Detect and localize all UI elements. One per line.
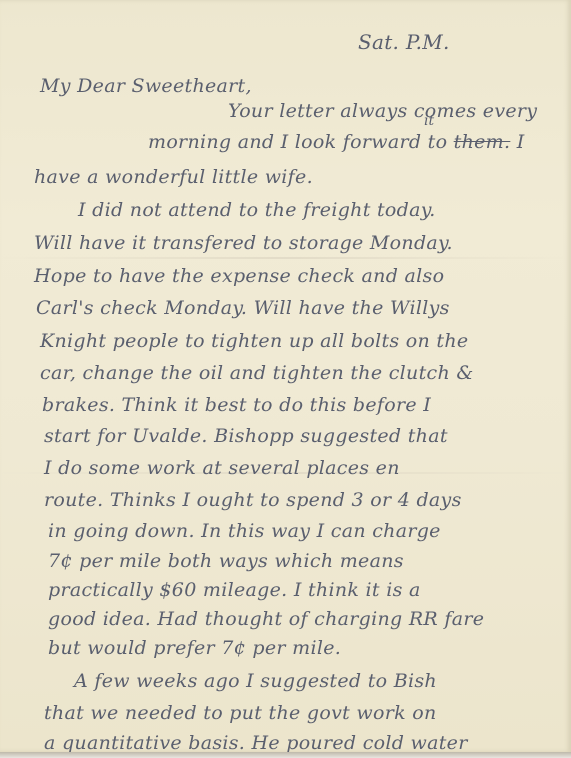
letter-line: Hope to have the expense check and also [34, 265, 444, 287]
inserted-word: it [424, 113, 434, 129]
letter-line: Will have it transfered to storage Monda… [34, 232, 453, 254]
salutation: My Dear Sweetheart, [40, 75, 252, 97]
letter-line: 7¢ per mile both ways which means [48, 550, 404, 572]
letter-page: Sat. P.M. My Dear Sweetheart, Your lette… [0, 0, 571, 752]
struck-word: them. [454, 131, 511, 153]
paper-bottom-edge [0, 752, 571, 758]
letter-line: brakes. Think it best to do this before … [42, 394, 431, 416]
letter-line: practically $60 mileage. I think it is a [48, 579, 421, 601]
letter-line: I do some work at several places en [44, 457, 400, 479]
letter-line: good idea. Had thought of charging RR fa… [48, 608, 484, 630]
paper-fold-crease [0, 257, 571, 259]
letter-line: A few weeks ago I suggested to Bish [74, 670, 437, 692]
letter-line: Carl's check Monday. Will have the Willy… [36, 297, 450, 319]
letter-line-2: morning and I look forward to them. I [148, 131, 525, 153]
letter-line: Knight people to tighten up all bolts on… [40, 330, 468, 352]
letter-line: but would prefer 7¢ per mile. [48, 637, 341, 659]
letter-line: I did not attend to the freight today. [78, 199, 436, 221]
letter-line: Your letter always comes every [228, 100, 537, 122]
letter-line: route. Thinks I ought to spend 3 or 4 da… [44, 489, 462, 511]
letter-line: start for Uvalde. Bishopp suggested that [44, 425, 448, 447]
letter-line: have a wonderful little wife. [34, 166, 313, 188]
letter-line-text: morning and I look forward to [148, 131, 447, 153]
letter-line: a quantitative basis. He poured cold wat… [44, 732, 468, 754]
letter-line: that we needed to put the govt work on [44, 702, 437, 724]
letter-line: car, change the oil and tighten the clut… [40, 362, 474, 384]
letter-line: in going down. In this way I can charge [48, 520, 441, 542]
letter-line-text: I [517, 131, 525, 153]
dateline: Sat. P.M. [358, 30, 450, 54]
